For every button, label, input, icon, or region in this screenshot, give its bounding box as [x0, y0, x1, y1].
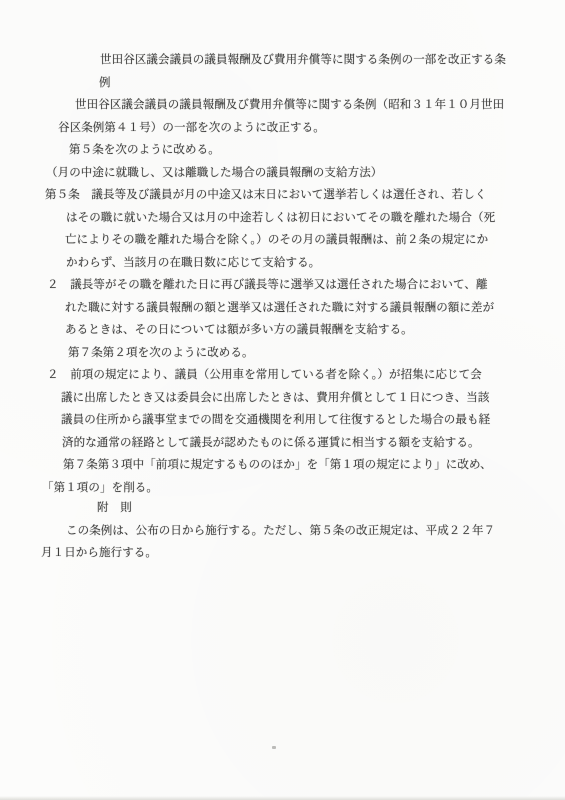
text-line: 第７条第３項中「前項に規定するもののほか」を「第１項の規定により」に改め、: [63, 457, 492, 473]
text-line: 例: [99, 75, 111, 91]
text-line: 谷区条例第４１号）の一部を次のように改正する。: [58, 120, 325, 136]
text-line: 第５条 議長等及び議員が月の中途又は末日において選挙若しくは選任され、若しく: [45, 187, 487, 203]
text-line: 月１日から施行する。: [41, 545, 157, 561]
text-line: この条例は、公布の日から施行する。ただし、第５条の改正規定は、平成２２年７: [66, 523, 495, 539]
scan-speck: [272, 746, 276, 749]
text-line: 附 則: [97, 500, 132, 516]
text-line: ２ 前項の規定により、議員（公用車を常用している者を除く。）が招集に応じて会: [47, 367, 482, 383]
text-line: 「第１項の」を削る。: [42, 480, 158, 496]
text-line: 済的な通常の経路として議長が認めたものに係る運賃に相当する額を支給する。: [62, 435, 480, 451]
text-line: れた職に対する議員報酬の額と選挙又は選任された職に対する議員報酬の額に差が: [65, 300, 494, 316]
document-text: 世田谷区議会議員の議員報酬及び費用弁償等に関する条例の一部を改正する条例世田谷区…: [0, 0, 565, 800]
text-line: 第７条第２項を次のように改める。: [68, 345, 254, 361]
text-line: 議に出席したとき又は委員会に出席したときは、費用弁償として１日につき、当該: [61, 390, 490, 406]
text-line: ２ 議長等がその職を離れた日に再び議長等に選挙又は選任された場合において、離: [47, 277, 488, 293]
text-line: はその職に就いた場合又は月の中途若しくは初日においてその職を離れた場合（死: [66, 210, 495, 226]
text-line: 世田谷区議会議員の議員報酬及び費用弁償等に関する条例の一部を改正する条: [100, 52, 506, 68]
scanned-ordinance-page: 世田谷区議会議員の議員報酬及び費用弁償等に関する条例の一部を改正する条例世田谷区…: [0, 0, 565, 800]
text-line: 第５条を次のように改める。: [69, 142, 220, 158]
text-line: 亡によりその職を離れた場合を除く。）のその月の議員報酬は、前２条の規定にか: [65, 232, 488, 248]
text-line: 議員の住所から議事堂までの間を交通機関を利用して往復するとした場合の最も経: [61, 412, 490, 428]
text-line: あるときは、その日については額が多い方の議員報酬を支給する。: [65, 322, 413, 338]
text-line: かわらず、当該月の在職日数に応じて支給する。: [66, 255, 320, 271]
text-line: （月の中途に就職し、又は離職した場合の議員報酬の支給方法）: [46, 165, 382, 181]
text-line: 世田谷区議会議員の議員報酬及び費用弁償等に関する条例（昭和３１年１０月世田: [75, 97, 504, 113]
scan-edge-bottom: [0, 796, 565, 800]
